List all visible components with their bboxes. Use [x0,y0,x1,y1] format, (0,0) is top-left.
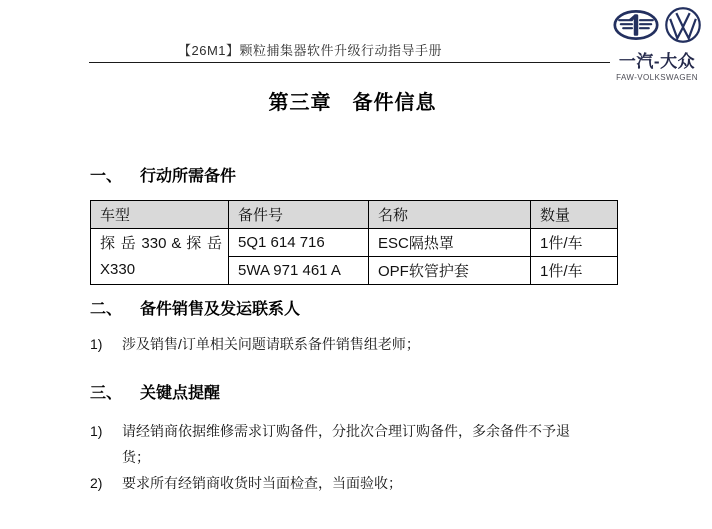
section-title: 关键点提醒 [140,380,220,403]
col-header-name: 名称 [369,201,531,229]
section-heading-sales-contacts: 二、 备件销售及发运联系人 [90,296,300,319]
part-name-cell: ESC隔热罩 [369,229,531,257]
list-item-number: 1) [90,331,122,357]
section-number: 二、 [90,296,140,319]
section-heading-key-points: 三、 关键点提醒 [90,380,220,403]
brand-block: 一汽-大众 FAW-VOLKSWAGEN [604,8,710,82]
section-heading-required-parts: 一、 行动所需备件 [90,163,236,186]
quantity-cell: 1件/车 [531,257,618,285]
section-title: 备件销售及发运联系人 [140,296,300,319]
model-text-line2: X330 [100,257,222,283]
section-title: 行动所需备件 [140,163,236,186]
section-number: 一、 [90,163,140,186]
part-name-cell: OPF软管护套 [369,257,531,285]
list-item-number: 2) [90,470,122,496]
table-header-row: 车型 备件号 名称 数量 [91,201,618,229]
list-item-text: 请经销商依据维修需求订购备件，分批次合理订购备件，多余备件不予退货； [122,418,580,470]
page-title: 第三章 备件信息 [0,86,705,115]
col-header-quantity: 数量 [531,201,618,229]
table-row: 探 岳 330 & 探 岳 X330 5Q1 614 716 ESC隔热罩 1件… [91,229,618,257]
part-number-cell: 5Q1 614 716 [229,229,369,257]
brand-name-en: FAW-VOLKSWAGEN [616,73,698,82]
model-text-line1: 探 岳 330 & 探 岳 [100,231,222,257]
list-item: 1) 请经销商依据维修需求订购备件，分批次合理订购备件，多余备件不予退货； [90,418,580,470]
part-number-cell: 5WA 971 461 A [229,257,369,285]
parts-table: 车型 备件号 名称 数量 探 岳 330 & 探 岳 X330 5Q1 614 … [90,200,618,285]
col-header-model: 车型 [91,201,229,229]
list-item: 2) 要求所有经销商收货时当面检查，当面验收； [90,470,402,496]
brand-name-cn: 一汽-大众 [619,47,695,72]
faw-logo-icon [612,8,660,47]
list-item-number: 1) [90,418,122,470]
brand-logos [612,8,702,46]
list-item-text: 要求所有经销商收货时当面检查，当面验收； [122,470,402,496]
doc-header-title: 【26M1】颗粒捕集器软件升级行动指导手册 [0,40,620,59]
quantity-cell: 1件/车 [531,229,618,257]
list-item: 1) 涉及销售/订单相关问题请联系备件销售组老师； [90,331,420,357]
vw-logo-icon [664,6,702,49]
section-number: 三、 [90,380,140,403]
model-cell: 探 岳 330 & 探 岳 X330 [91,229,229,285]
header-divider [89,62,610,63]
list-item-text: 涉及销售/订单相关问题请联系备件销售组老师； [122,331,420,357]
col-header-part-number: 备件号 [229,201,369,229]
